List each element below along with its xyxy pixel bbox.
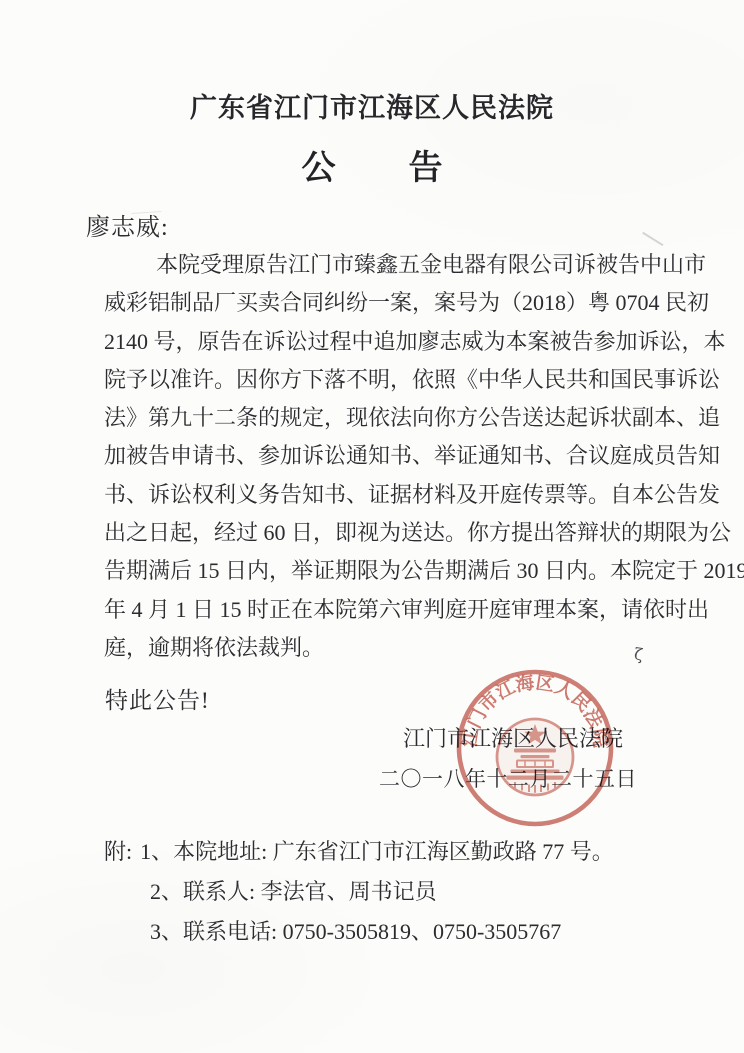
attachment-item-address: 1、本院地址: 广东省江门市江海区勤政路 77 号。 bbox=[140, 839, 614, 864]
attachment-row: 附:1、本院地址: 广东省江门市江海区勤政路 77 号。 bbox=[104, 832, 664, 872]
attachment-item-phone: 3、联系电话: 0750-3505819、0750-3505767 bbox=[150, 919, 561, 944]
body-text-line: 本院受理原告江门市臻鑫五金电器有限公司诉被告中山市 bbox=[104, 246, 660, 284]
addressee-line: 廖志威: bbox=[86, 207, 169, 242]
body-text-line: 2140 号，原告在诉讼过程中追加廖志威为本案被告参加诉讼，本 bbox=[104, 323, 660, 361]
body-text-line: 威彩铝制品厂买卖合同纠纷一案，案号为（2018）粤 0704 民初 bbox=[104, 284, 660, 322]
court-name-heading: 广东省江门市江海区人民法院 bbox=[0, 86, 744, 125]
body-text-line: 法》第九十二条的规定，现依法向你方公告送达起诉状副本、追 bbox=[104, 399, 660, 437]
attachment-row: 2、联系人: 李法官、周书记员 bbox=[104, 872, 664, 912]
national-emblem-icon bbox=[497, 719, 573, 795]
body-text-line: 书、诉讼权利义务告知书、证据材料及开庭传票等。自本公告发 bbox=[104, 476, 660, 514]
notice-title-heading: 公 告 bbox=[0, 140, 744, 189]
body-text-line: 加被告申请书、参加诉讼通知书、举证通知书、合议庭成员告知 bbox=[104, 437, 660, 475]
closing-statement: 特此公告! bbox=[105, 682, 210, 715]
body-text-line: 告期满后 15 日内，举证期限为公告期满后 30 日内。本院定于 2019 bbox=[104, 552, 660, 590]
notice-body: 本院受理原告江门市臻鑫五金电器有限公司诉被告中山市 威彩铝制品厂买卖合同纠纷一案… bbox=[104, 246, 660, 667]
body-text-line: 年 4 月 1 日 15 时正在本院第六审判庭开庭审理本案，请依时出 bbox=[104, 591, 660, 629]
scan-artifact-streak bbox=[642, 232, 663, 246]
attachment-item-contacts: 2、联系人: 李法官、周书记员 bbox=[150, 879, 437, 904]
body-text-line: 院予以准许。因你方下落不明，依照《中华人民共和国民事诉讼 bbox=[104, 361, 660, 399]
attachment-label: 附: bbox=[104, 839, 132, 864]
attachment-row: 3、联系电话: 0750-3505819、0750-3505767 bbox=[104, 912, 664, 952]
body-text-line: 出之日起，经过 60 日，即视为送达。你方提出答辩状的期限为公 bbox=[104, 514, 660, 552]
official-court-seal: 江门市江海区人民法院 bbox=[447, 660, 623, 836]
document-page: 广东省江门市江海区人民法院 公 告 廖志威: 本院受理原告江门市臻鑫五金电器有限… bbox=[0, 0, 744, 1053]
attachment-section: 附:1、本院地址: 广东省江门市江海区勤政路 77 号。 2、联系人: 李法官、… bbox=[104, 832, 664, 952]
